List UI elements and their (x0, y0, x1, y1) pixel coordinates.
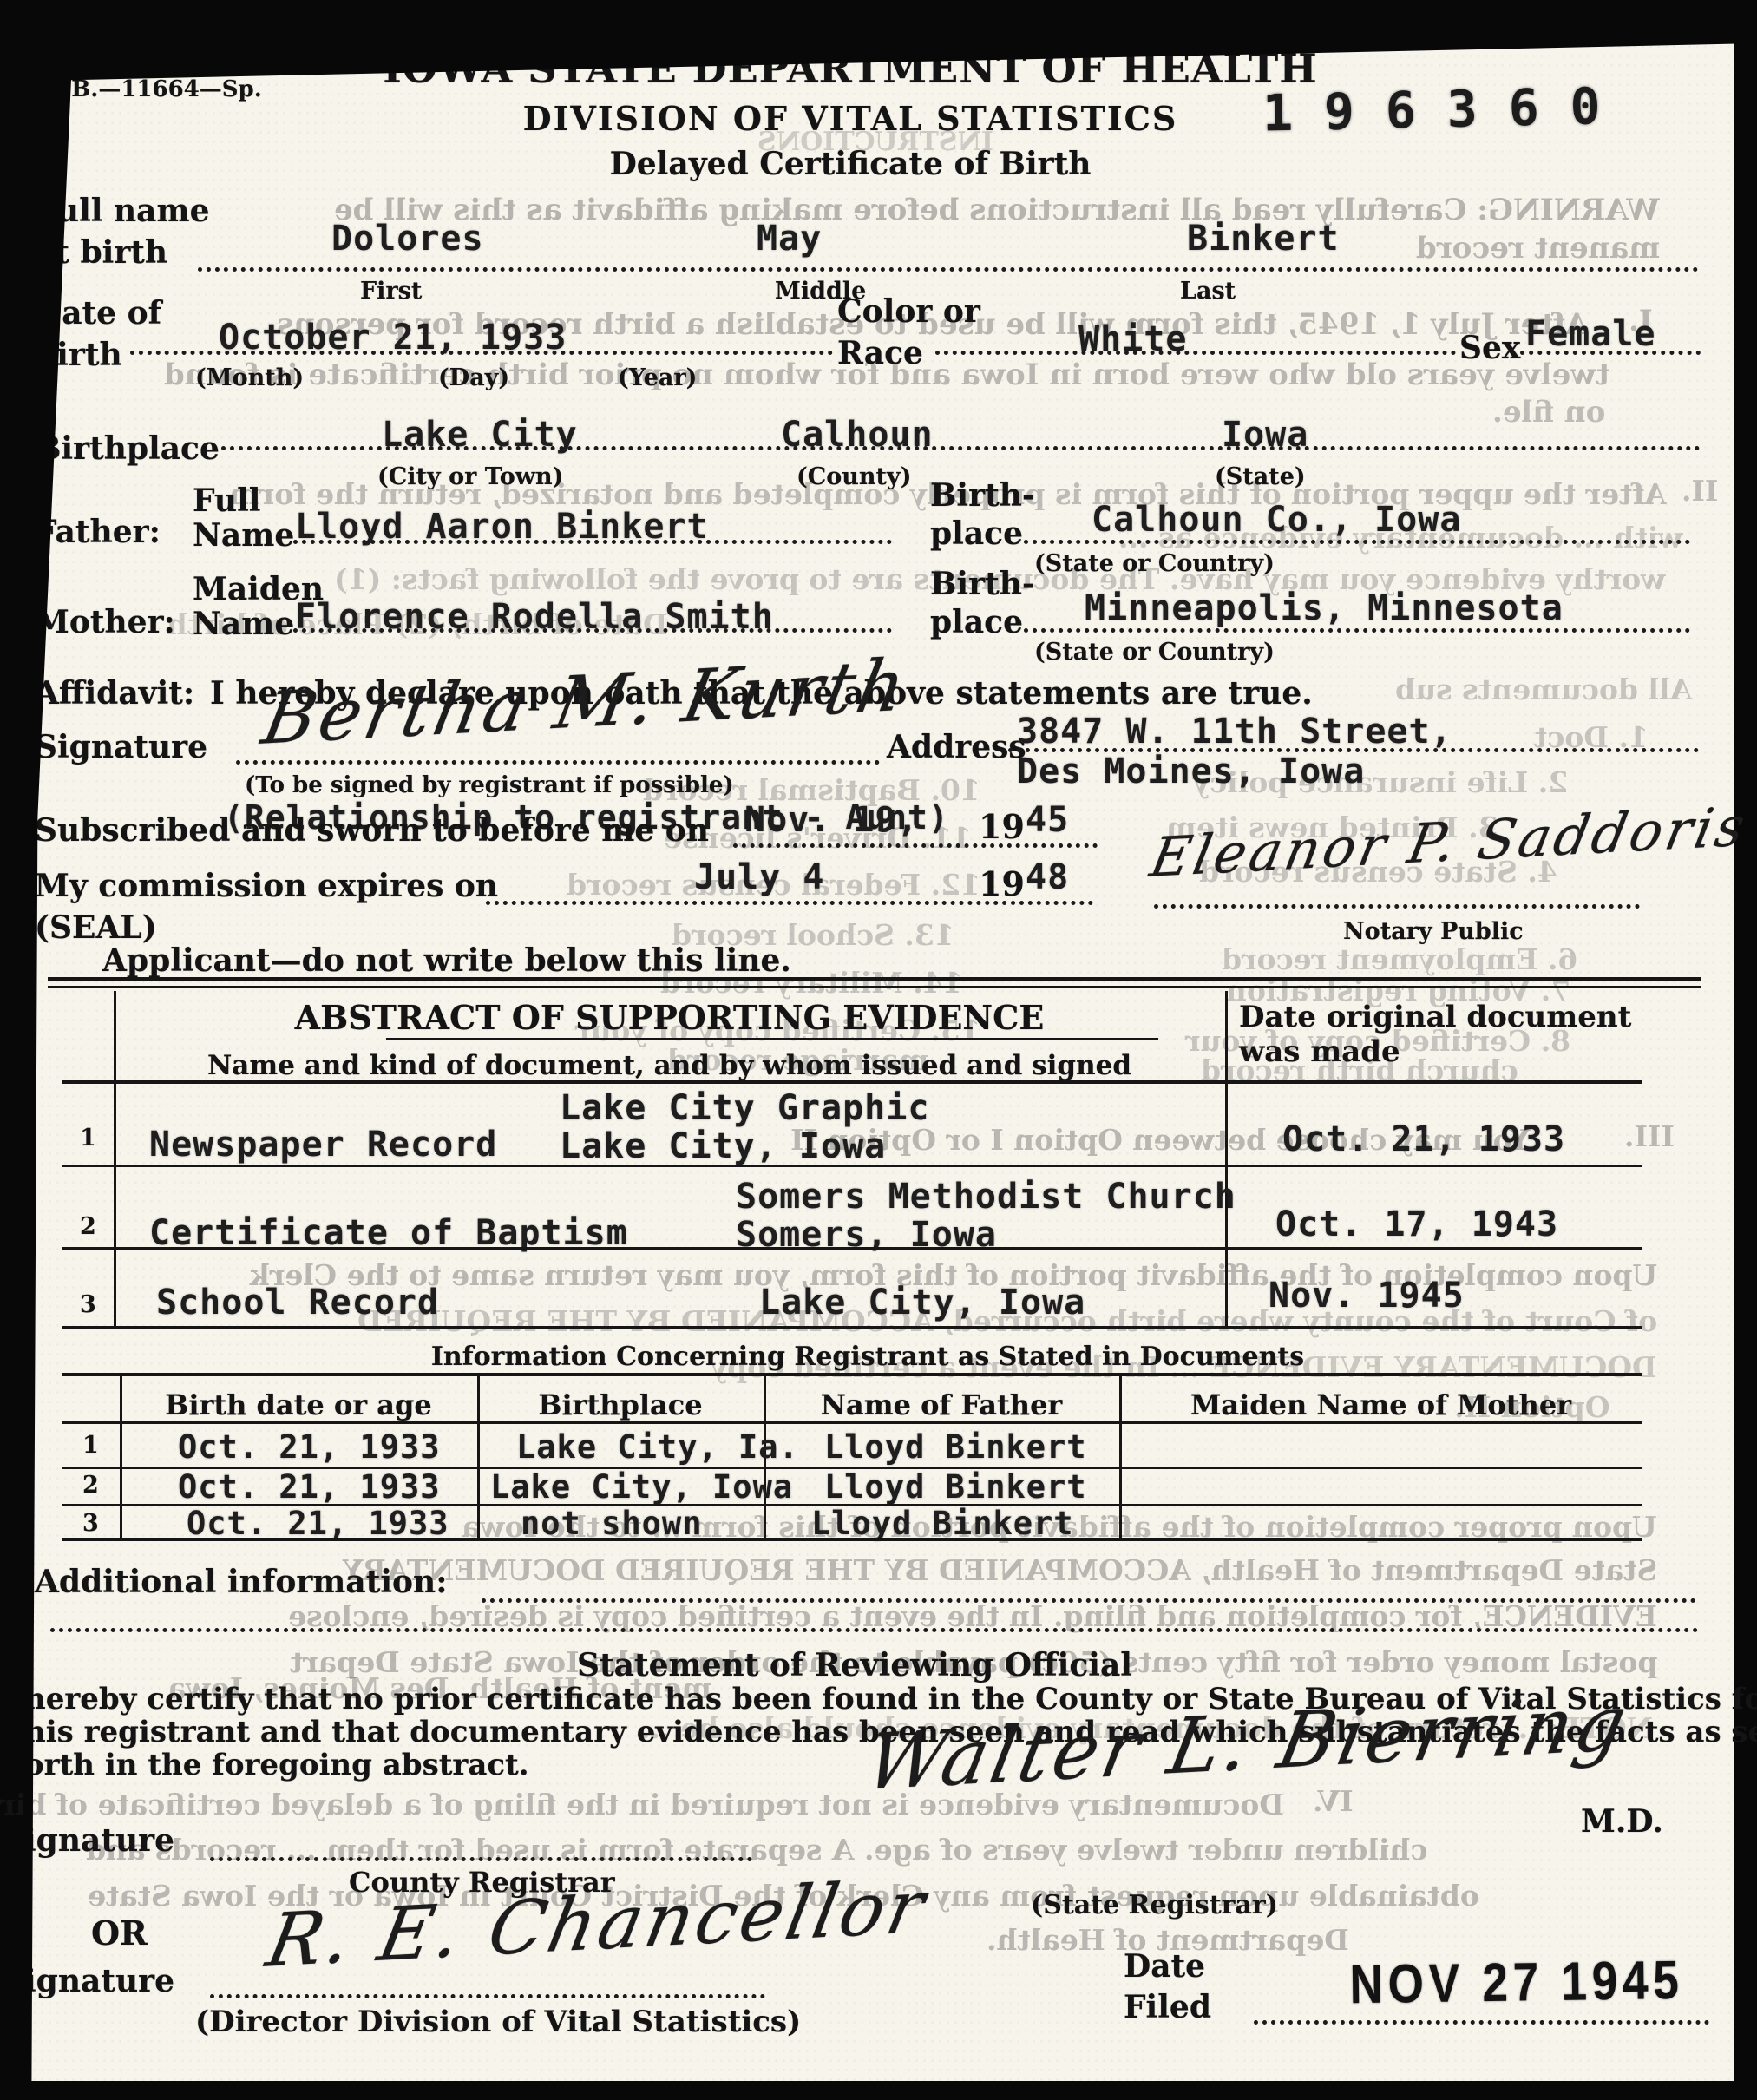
document-title: Delayed Certificate of Birth (243, 146, 1458, 182)
father-birthplace-sublabel: (State or Country) (1034, 550, 1275, 577)
state-registrar-sublabel: (State Registrar) (1031, 1890, 1278, 1920)
registrant-row-father: Lloyd Binkert (824, 1468, 1087, 1506)
bleedthrough-text: IV. (1313, 1784, 1354, 1818)
sworn-year-value: 45 (1026, 800, 1069, 840)
full-name-rule (198, 267, 1699, 272)
registrant-top-rule (62, 1373, 1642, 1376)
director-sublabel: (Director Division of Vital Statistics) (195, 2005, 801, 2039)
abstract-row-date: Nov. 1945 (1269, 1276, 1465, 1316)
abstract-row-num: 1 (80, 1125, 96, 1152)
registrant-row-birthplace: Lake City, Iowa (490, 1468, 793, 1506)
registrant-row-father: Lloyd Binkert (824, 1428, 1087, 1466)
registrant-header-birthdate: Birth date or age (120, 1388, 477, 1421)
abstract-datecol-vline (1225, 991, 1228, 1326)
sworn-date-value: Nov. 19, (744, 800, 919, 840)
registrant-row-birthdate: Oct. 21, 1933 (178, 1468, 441, 1506)
registrant-row-father: Lloyd Binkert (811, 1505, 1074, 1542)
commission-label: My commission expires on (35, 868, 498, 904)
additional-info-rule-2 (50, 1628, 1699, 1632)
birthplace-label: Birthplace (35, 430, 220, 467)
father-birthplace-label-line1: Birth- (930, 477, 1035, 514)
date-filed-rule (1254, 2020, 1709, 2025)
reviewing-body-line3: orth in the foregoing abstract. (24, 1748, 529, 1782)
mother-birthplace-sublabel: (State or Country) (1034, 639, 1275, 666)
race-rule (935, 351, 1456, 355)
commission-date-value: July 4 (694, 857, 825, 897)
father-name-label-line1: Full (193, 482, 260, 519)
registrant-row-birthdate: Oct. 21, 1933 (187, 1505, 449, 1542)
day-sublabel: (Day) (438, 364, 509, 391)
abstract-row-issuer: Lake City, Iowa (560, 1126, 886, 1166)
registrant-row-num: 3 (82, 1510, 99, 1537)
abstract-row-kind: Newspaper Record (149, 1125, 497, 1165)
signature2-label-cut: ignature (24, 1963, 174, 1999)
sex-value: Female (1525, 314, 1656, 354)
seal-label: (SEAL) (35, 909, 157, 946)
race-label-line2: Race (837, 335, 923, 371)
sworn-rule (733, 843, 1098, 848)
bleedthrough-text: 6. Employment record (1222, 942, 1577, 976)
abstract-column-header: Name and kind of document, and by whom i… (114, 1050, 1225, 1081)
md-suffix: M.D. (1581, 1803, 1663, 1840)
signature-label: Signature (35, 729, 207, 765)
commission-year-prefix: 19 (979, 864, 1025, 903)
or-label: OR (91, 1913, 148, 1952)
bleedthrough-text: II. (1682, 474, 1718, 508)
last-sublabel: Last (1180, 278, 1236, 305)
abstract-title-underline (386, 1038, 1158, 1040)
date-filed-stamp: NOV 27 1945 (1349, 1948, 1684, 2016)
abstract-date-header-line2: was made (1239, 1034, 1400, 1069)
sex-label: Sex (1459, 330, 1520, 366)
notary-title: Notary Public (1343, 918, 1524, 945)
date-filed-label-line2: Filed (1124, 1989, 1211, 2025)
divider-rule-1 (48, 977, 1701, 981)
form-code-line2: P.B.—11664—Sp. (50, 76, 262, 102)
divider-rule-2 (48, 986, 1701, 988)
bleedthrough-text: on file. (1492, 395, 1605, 430)
city-sublabel: (City or Town) (377, 463, 563, 490)
sworn-year-prefix: 19 (979, 807, 1025, 846)
first-name-value: Dolores (331, 219, 484, 259)
county-sublabel: (County) (797, 463, 911, 490)
father-birthplace-value: Calhoun Co., Iowa (1092, 500, 1461, 540)
signature-label-cut: ignature (24, 1822, 174, 1859)
race-label-line1: Color or (837, 293, 980, 330)
additional-info-label: Additional information: (35, 1564, 448, 1600)
abstract-row-num: 3 (80, 1291, 96, 1318)
father-label: Father: (35, 514, 161, 550)
reviewing-title: Statement of Reviewing Official (260, 1647, 1449, 1683)
bleedthrough-text: children under twelve years of age. A se… (86, 1833, 1428, 1867)
state-sublabel: (State) (1215, 463, 1306, 490)
abstract-row-issuer: Lake City Graphic (560, 1088, 929, 1128)
address-line2: Des Moines, Iowa (1017, 751, 1365, 791)
mother-label: Mother: (35, 604, 175, 640)
signer-sublabel: (To be signed by registrant if possible) (245, 772, 734, 798)
applicant-note: Applicant—do not write below this line. (102, 942, 791, 979)
bleedthrough-text: III. (1624, 1119, 1675, 1153)
bleedthrough-text: manent record (1416, 231, 1660, 266)
year-sublabel: (Year) (618, 364, 697, 391)
registrant-header-father: Name of Father (764, 1388, 1119, 1421)
mother-birthplace-label-line2: place (930, 604, 1023, 640)
middle-name-value: May (757, 219, 822, 259)
mother-birthplace-value: Minneapolis, Minnesota (1085, 588, 1564, 628)
registrant-row-birthplace: not shown (521, 1505, 702, 1542)
registrant-row-num: 2 (82, 1472, 99, 1499)
commission-year-value: 48 (1026, 857, 1069, 897)
date-filed-label-line1: Date (1124, 1948, 1205, 1985)
county-registrar-rule (210, 1857, 752, 1861)
abstract-row-issuer: Somers Methodist Church (736, 1177, 1236, 1217)
notary-rule (1154, 904, 1640, 909)
abstract-row-kind: School Record (156, 1283, 439, 1322)
registrant-bottom-rule (62, 1538, 1642, 1541)
abstract-bottom-rule (62, 1326, 1642, 1329)
last-name-value: Binkert (1187, 219, 1340, 259)
address-label: Address (887, 729, 1026, 765)
dob-rule (130, 351, 833, 355)
sworn-label: Subscribed and sworn to before me on (35, 812, 709, 849)
address-line1: 3847 W. 11th Street, (1017, 712, 1452, 751)
registrant-table-title: Information Concerning Registrant as Sta… (260, 1342, 1475, 1372)
certificate-number-stamp: 196360 (1262, 76, 1632, 143)
abstract-row-date: Oct. 21, 1933 (1282, 1119, 1565, 1159)
mother-birthplace-rule (1024, 628, 1690, 633)
registrant-header-birthplace: Birthplace (477, 1388, 764, 1421)
scanned-birth-certificate: INSTRUCTIONSWARNING: Carefully read all … (0, 0, 1757, 2100)
sex-rule (1520, 351, 1701, 355)
mother-name-rule (293, 628, 892, 633)
abstract-left-vline (114, 991, 116, 1326)
first-sublabel: First (360, 278, 422, 305)
registrant-header-mother: Maiden Name of Mother (1119, 1388, 1642, 1421)
father-birthplace-rule (1024, 540, 1690, 544)
bleedthrough-text: All documents sub (1395, 673, 1692, 706)
abstract-row-issuer: Lake City, Iowa (759, 1283, 1085, 1322)
abstract-date-header-line1: Date original document (1239, 1000, 1631, 1034)
mother-birthplace-label-line1: Birth- (930, 566, 1035, 602)
affidavit-label: Affidavit: (35, 675, 194, 712)
registrant-row-num: 1 (82, 1432, 99, 1459)
father-name-rule (293, 540, 892, 544)
father-name-label-line2: Name (193, 517, 294, 554)
abstract-row-rule (62, 1165, 1642, 1167)
birthplace-rule (221, 446, 1701, 450)
abstract-row-date: Oct. 17, 1943 (1275, 1204, 1558, 1244)
mother-name-label-line2: Name (193, 606, 294, 642)
abstract-header-rule (62, 1080, 1642, 1084)
abstract-row-rule (62, 1247, 1642, 1250)
abstract-row-num: 2 (80, 1213, 96, 1240)
signature-rule (236, 760, 880, 765)
registrant-header-rule (62, 1421, 1642, 1424)
bleedthrough-text: WARNING: Carefully read all instructions… (334, 193, 1660, 227)
director-rule (210, 1994, 765, 1998)
abstract-title: ABSTRACT OF SUPPORTING EVIDENCE (114, 998, 1225, 1037)
registrant-row-birthdate: Oct. 21, 1933 (178, 1428, 441, 1466)
father-birthplace-label-line2: place (930, 515, 1023, 552)
additional-info-rule-1 (482, 1598, 1696, 1603)
bleedthrough-text: State Department of Health, ACCOMPANIED … (343, 1553, 1657, 1587)
month-sublabel: (Month) (195, 364, 304, 391)
registrant-row-birthplace: Lake City, Ia. (516, 1428, 799, 1466)
